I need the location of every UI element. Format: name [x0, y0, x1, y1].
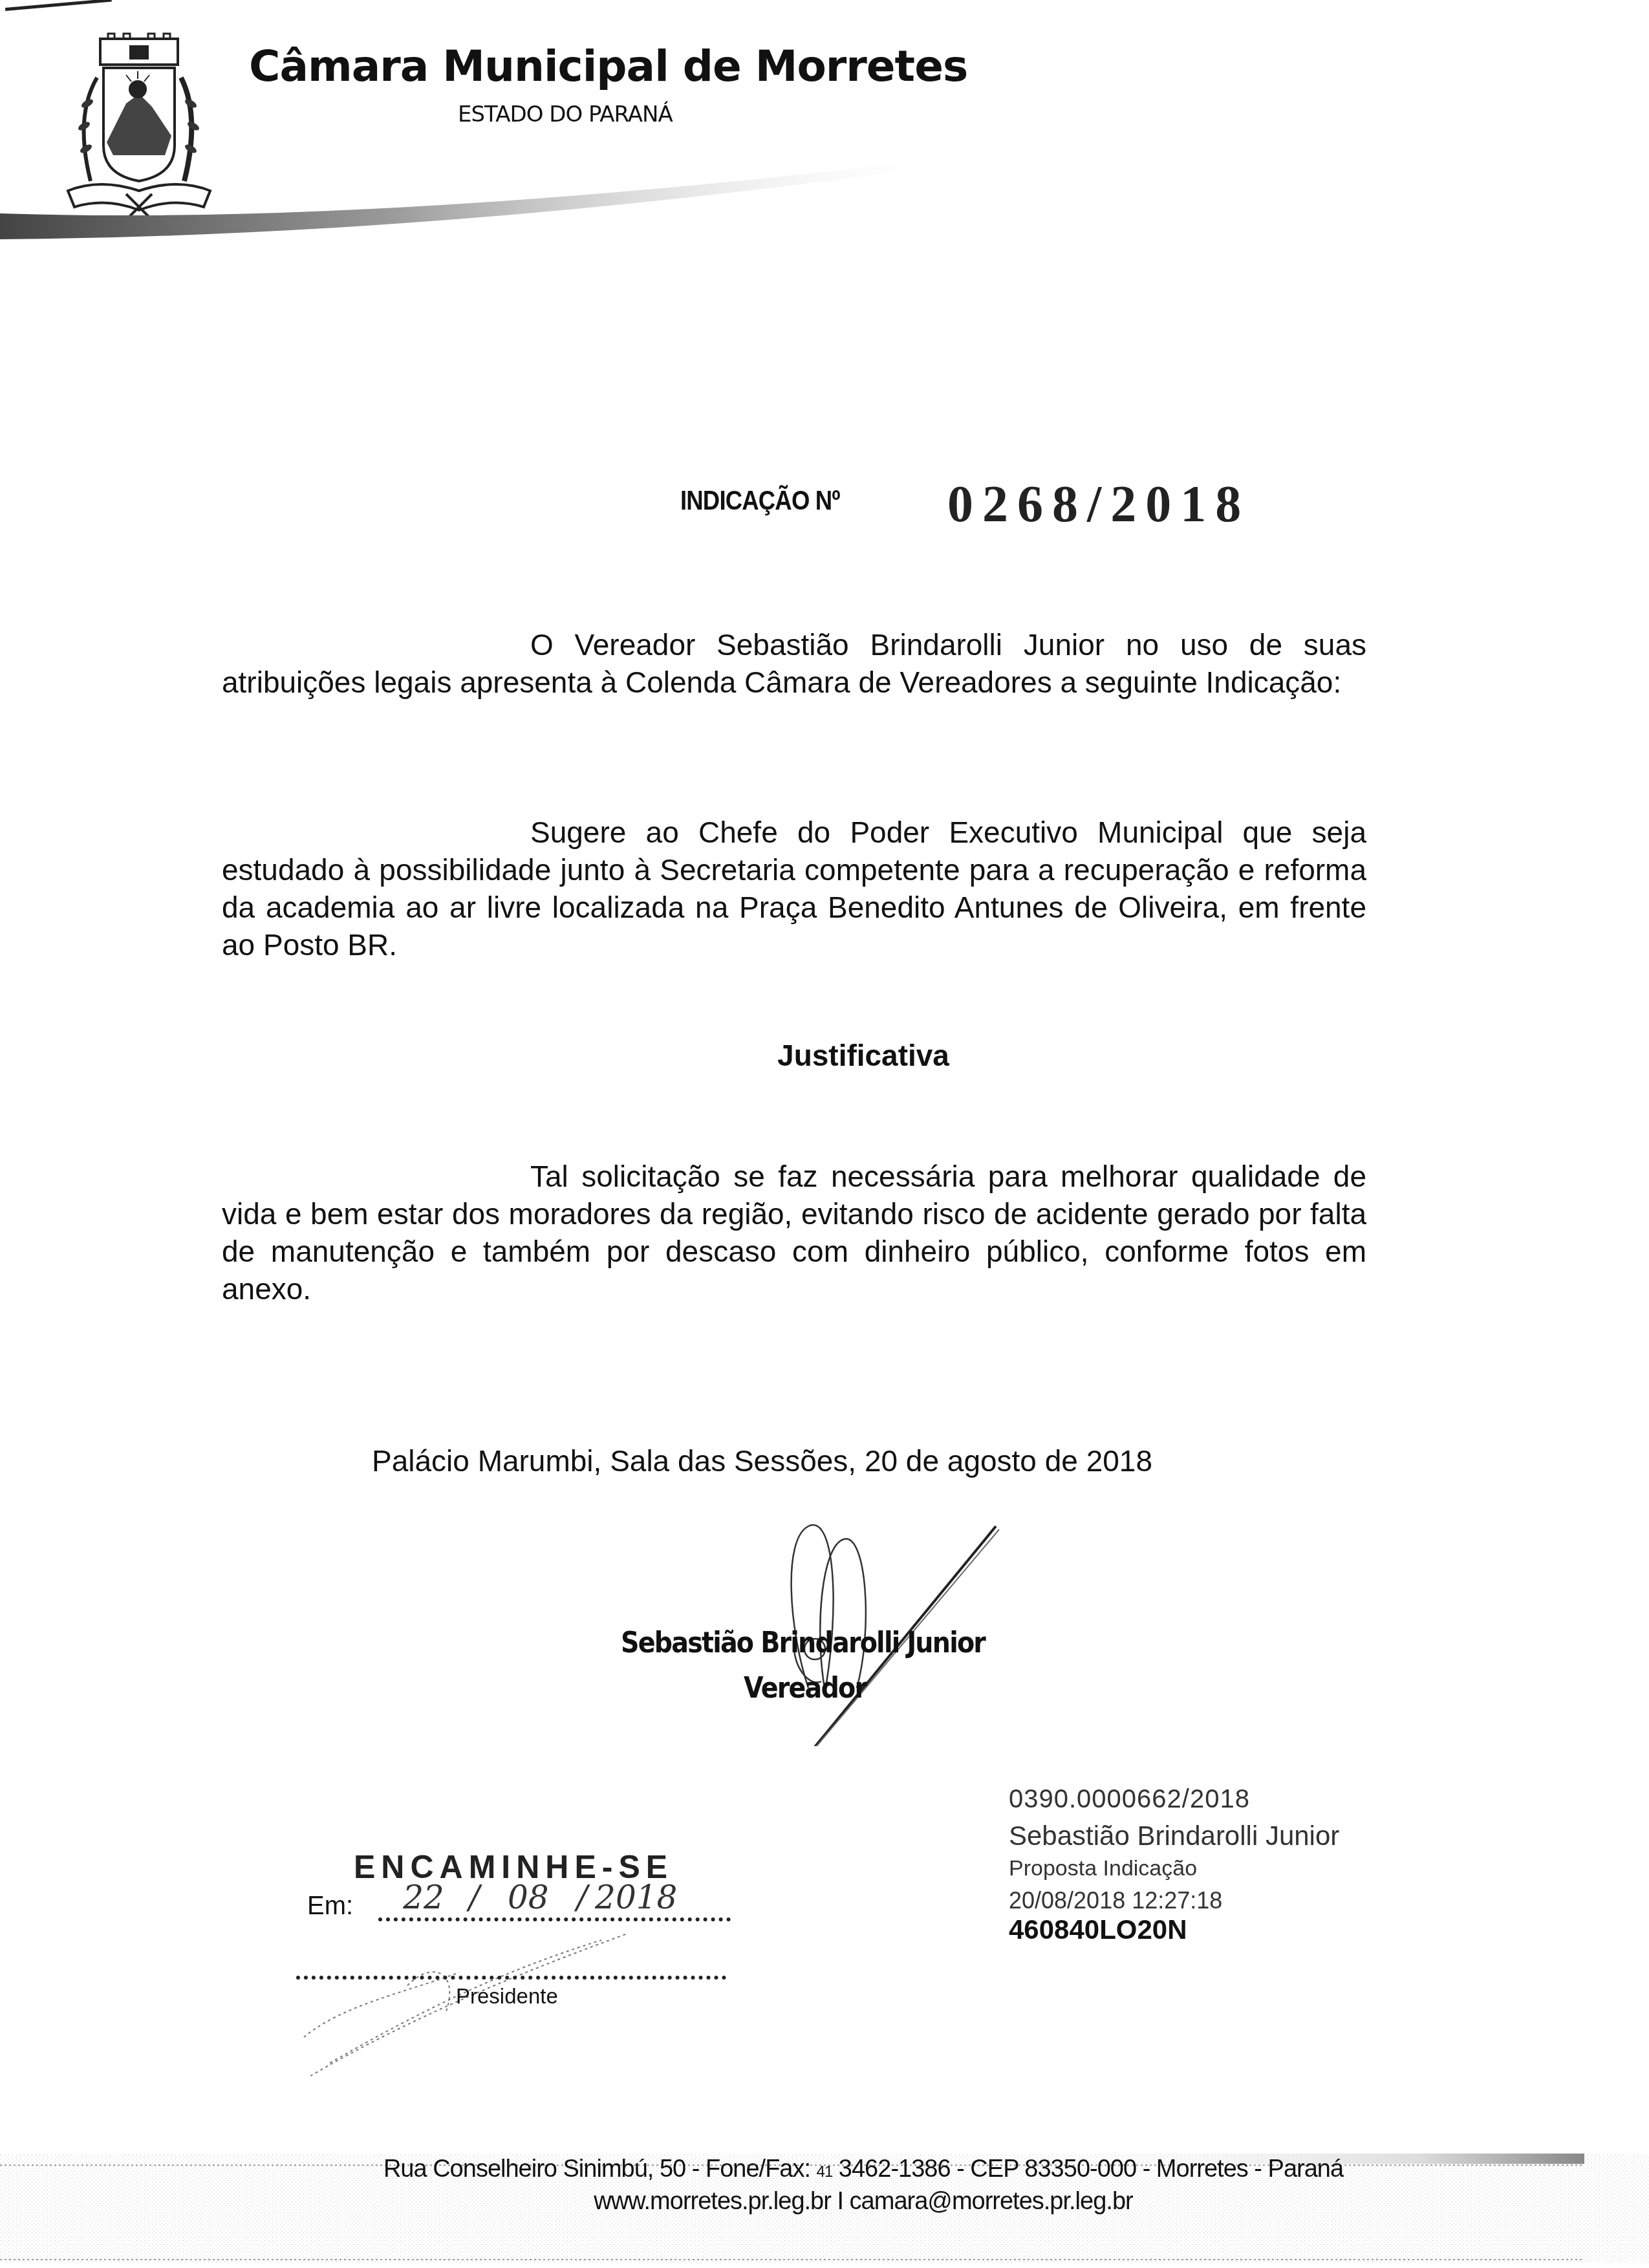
protocol-datetime: 20/08/2018 12:27:18 — [1009, 1887, 1222, 1914]
footer-area-code: 41 — [817, 2163, 833, 2181]
stamp-date-dotted-line — [378, 1917, 731, 1921]
justification-paragraph: Tal solicitação se faz necessária para m… — [222, 1158, 1366, 1308]
footer-address-part2: 3462-1386 - CEP 83350-000 - Morretes - P… — [832, 2155, 1343, 2183]
header-swoosh-decoration — [0, 155, 970, 246]
footer-address-part1: Rua Conselheiro Sinimbú, 50 - Fone/Fax: — [383, 2155, 817, 2183]
date-separator: / — [577, 1879, 588, 1916]
stamp-president-label: Presidente — [456, 1984, 558, 2009]
stamp-date-year: 2018 — [588, 1879, 685, 1916]
stamp-date-month: 08 — [480, 1879, 577, 1916]
intro-paragraph-text: O Vereador Sebastião Brindarolli Junior … — [222, 628, 1366, 699]
protocol-number: 0390.0000662/2018 — [1009, 1785, 1250, 1814]
request-paragraph: Sugere ao Chefe do Poder Executivo Munic… — [222, 814, 1366, 964]
justification-heading: Justificativa — [0, 1038, 1649, 1073]
date-separator: / — [469, 1879, 480, 1916]
organization-state: ESTADO DO PARANÁ — [458, 103, 673, 125]
stamp-date-label: Em: — [307, 1892, 353, 1921]
footer-website-link[interactable]: www.morretes.pr.leg.br — [594, 2188, 831, 2215]
document-number: 0268/2018 — [947, 475, 1250, 534]
president-signature-icon — [291, 1934, 647, 2089]
document-type-label: INDICAÇÃO Nº — [680, 485, 840, 517]
protocol-type: Proposta Indicação — [1009, 1856, 1197, 1881]
stamp-signature-dotted-line — [296, 1976, 726, 1980]
footer-separator: I — [837, 2188, 843, 2215]
request-paragraph-text: Sugere ao Chefe do Poder Executivo Munic… — [222, 815, 1366, 962]
stamp-handwritten-date: 22/08/2018 — [378, 1879, 685, 1916]
top-pen-mark — [5, 0, 113, 19]
place-and-date: Palácio Marumbi, Sala das Sessões, 20 de… — [372, 1443, 1152, 1478]
signer-role: Vereador — [744, 1672, 866, 1705]
intro-paragraph: O Vereador Sebastião Brindarolli Junior … — [222, 626, 1366, 701]
handwritten-signature-icon — [711, 1500, 1002, 1746]
organization-name: Câmara Municipal de Morretes — [249, 45, 967, 88]
stamp-date-day: 22 — [378, 1879, 469, 1916]
footer-address: Rua Conselheiro Sinimbú, 50 - Fone/Fax: … — [0, 2155, 1649, 2183]
signer-name: Sebastião Brindarolli Junior — [621, 1626, 985, 1659]
protocol-author: Sebastião Brindarolli Junior — [1009, 1820, 1339, 1852]
footer-contacts: www.morretes.pr.leg.br I camara@morretes… — [0, 2188, 1649, 2216]
justification-paragraph-text: Tal solicitação se faz necessária para m… — [222, 1160, 1366, 1306]
protocol-code: 460840LO20N — [1009, 1914, 1187, 1945]
footer-email-link[interactable]: camara@morretes.pr.leg.br — [850, 2188, 1133, 2215]
